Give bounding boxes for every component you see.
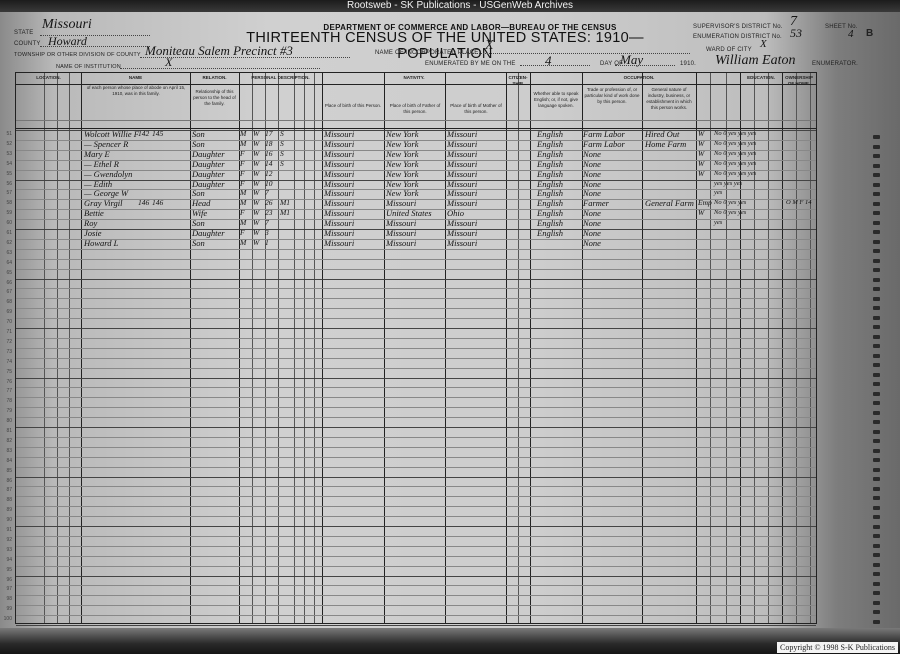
sheet-side: B <box>866 28 873 39</box>
watermark: Rootsweb - SK Publications - USGenWeb Ar… <box>340 0 580 11</box>
line-number: 98 <box>2 596 12 602</box>
census-title: THIRTEENTH CENSUS OF THE UNITED STATES: … <box>235 30 655 62</box>
line-number: 84 <box>2 458 12 464</box>
cell-language: English <box>537 139 563 149</box>
cell-language: English <box>537 188 563 198</box>
cell-mother-birth: Missouri <box>447 179 477 189</box>
line-number: 92 <box>2 537 12 543</box>
cell-father-birth: Missouri <box>386 218 416 228</box>
cell-trade: None <box>583 228 601 238</box>
cell-relation: Son <box>192 129 205 139</box>
census-scan: Rootsweb - SK Publications - USGenWeb Ar… <box>0 0 900 654</box>
cell-race: W <box>253 179 259 189</box>
col-nativity-mother: Place of birth of Mother of this person. <box>447 103 505 115</box>
line-number: 88 <box>2 497 12 503</box>
col-relation: RELATION. <box>190 75 239 81</box>
year-label: 1910. <box>680 61 696 67</box>
line-number: 73 <box>2 349 12 355</box>
line-number: 58 <box>2 200 12 206</box>
cell-sex: F <box>240 159 245 169</box>
line-number: 77 <box>2 388 12 394</box>
line-number: 99 <box>2 606 12 612</box>
sheet-value: 4 <box>848 28 854 40</box>
cell-mother-birth: Missouri <box>447 139 477 149</box>
cell-birth: Missouri <box>324 159 354 169</box>
cell-relation: Son <box>192 188 205 198</box>
cell-father-birth: Missouri <box>386 198 416 208</box>
line-number: 69 <box>2 309 12 315</box>
cell-family: 146 <box>152 198 163 208</box>
cell-relation: Son <box>192 238 205 248</box>
line-number: 62 <box>2 240 12 246</box>
cell-name: Wolcott Willie F <box>84 129 139 139</box>
cell-trade: None <box>583 159 601 169</box>
cell-name: — Edith <box>84 179 112 189</box>
cell-trade: None <box>583 188 601 198</box>
cell-age: 16 <box>265 149 273 159</box>
cell-name: Gray Virgil <box>84 198 122 208</box>
col-occupation: OCCUPATION. <box>582 75 696 81</box>
cell-trade: None <box>583 169 601 179</box>
cell-marital: S <box>280 159 284 169</box>
cell-language: English <box>537 159 563 169</box>
township-label: TOWNSHIP OR OTHER DIVISION OF COUNTY <box>14 52 141 58</box>
line-number: 97 <box>2 586 12 592</box>
cell-race: W <box>253 238 259 248</box>
cell-language: English <box>537 218 563 228</box>
cell-relation: Daughter <box>192 169 225 179</box>
county-label: COUNTY <box>14 41 41 47</box>
cell-family: 145 <box>152 129 163 139</box>
cell-marital: S <box>280 139 284 149</box>
line-number: 51 <box>2 131 12 137</box>
cell-language: English <box>537 228 563 238</box>
cell-emp: W <box>698 149 704 159</box>
cell-industry: Home Farm <box>645 139 686 149</box>
cell-race: W <box>253 159 259 169</box>
cell-race: W <box>253 218 259 228</box>
cell-sex: F <box>240 228 245 238</box>
line-number: 61 <box>2 230 12 236</box>
cell-emp: W <box>698 159 704 169</box>
cell-relation: Son <box>192 218 205 228</box>
cell-ed: No 0 yes yes yes <box>714 129 756 139</box>
cell-mother-birth: Missouri <box>447 218 477 228</box>
line-number: 96 <box>2 577 12 583</box>
cell-age: 3 <box>265 228 269 238</box>
line-number: 64 <box>2 260 12 266</box>
cell-name: Mary E <box>84 149 110 159</box>
cell-birth: Missouri <box>324 228 354 238</box>
cell-name: Roy <box>84 218 97 228</box>
cell-relation: Son <box>192 139 205 149</box>
cell-sex: M <box>240 198 246 208</box>
col-nativity: NATIVITY. <box>322 75 506 81</box>
cell-name: — George W <box>84 188 128 198</box>
cell-father-birth: New York <box>386 149 419 159</box>
cell-father-birth: New York <box>386 169 419 179</box>
top-banner: Rootsweb - SK Publications - USGenWeb Ar… <box>0 0 900 12</box>
cell-birth: Missouri <box>324 238 354 248</box>
cell-birth: Missouri <box>324 198 354 208</box>
cell-marital: S <box>280 149 284 159</box>
cell-ed: yes <box>714 188 722 198</box>
cell-mother-birth: Missouri <box>447 169 477 179</box>
line-number: 65 <box>2 270 12 276</box>
cell-mother-birth: Ohio <box>447 208 464 218</box>
cell-age: 26 <box>265 198 273 208</box>
cell-race: W <box>253 228 259 238</box>
cell-age: 17 <box>265 129 273 139</box>
col-personal-description: PERSONAL DESCRIPTION. <box>239 75 322 81</box>
line-number: 87 <box>2 487 12 493</box>
cell-age: 7 <box>265 188 269 198</box>
cell-race: W <box>253 188 259 198</box>
cell-sex: F <box>240 149 245 159</box>
cell-father-birth: Missouri <box>386 238 416 248</box>
cell-emp: W <box>698 129 704 139</box>
cell-age: 10 <box>265 179 273 189</box>
cell-emp: W <box>698 169 704 179</box>
cell-trade: None <box>583 179 601 189</box>
line-number: 55 <box>2 171 12 177</box>
cell-birth: Missouri <box>324 149 354 159</box>
line-number: 83 <box>2 448 12 454</box>
cell-birth: Missouri <box>324 188 354 198</box>
cell-language: English <box>537 129 563 139</box>
cell-age: 1 <box>265 238 269 248</box>
cell-mother-birth: Missouri <box>447 198 477 208</box>
cell-sex: M <box>240 188 246 198</box>
cell-father-birth: New York <box>386 159 419 169</box>
cell-race: W <box>253 149 259 159</box>
col-citizenship: CITIZEN-SHIP. <box>506 75 530 87</box>
cell-emp: Emp <box>698 198 712 208</box>
cell-ed: No 0 yes yes yes <box>714 139 756 149</box>
enumeration-label: ENUMERATION DISTRICT No. <box>693 34 782 40</box>
cell-language: English <box>537 208 563 218</box>
cell-relation: Daughter <box>192 228 225 238</box>
line-number: 60 <box>2 220 12 226</box>
cell-relation: Daughter <box>192 179 225 189</box>
cell-age: 12 <box>265 169 273 179</box>
line-number: 95 <box>2 567 12 573</box>
cell-ed: No 0 yes yes <box>714 208 746 218</box>
cell-birth: Missouri <box>324 169 354 179</box>
bottom-band: Copyright © 1998 S-K Publications <box>0 628 900 654</box>
state-label: STATE <box>14 30 33 36</box>
line-number: 54 <box>2 161 12 167</box>
line-number: 79 <box>2 408 12 414</box>
cell-race: W <box>253 169 259 179</box>
cell-name: — Spencer R <box>84 139 128 149</box>
line-number: 53 <box>2 151 12 157</box>
line-number: 93 <box>2 547 12 553</box>
enumeration-value: 53 <box>790 26 802 41</box>
col-industry: General nature of industry, business, or… <box>644 87 694 111</box>
cell-mother-birth: Missouri <box>447 159 477 169</box>
cell-race: W <box>253 139 259 149</box>
line-number: 81 <box>2 428 12 434</box>
cell-trade: None <box>583 149 601 159</box>
line-number: 80 <box>2 418 12 424</box>
line-number: 90 <box>2 517 12 523</box>
cell-sex: M <box>240 218 246 228</box>
cell-mother-birth: Missouri <box>447 188 477 198</box>
cell-relation: Wife <box>192 208 207 218</box>
cell-name: Howard L <box>84 238 118 248</box>
line-number: 71 <box>2 329 12 335</box>
col-name: NAME <box>81 75 190 81</box>
col-name-sub: of each person whose place of abode on A… <box>86 85 186 97</box>
cell-trade: None <box>583 208 601 218</box>
line-number: 67 <box>2 289 12 295</box>
state-value: Missouri <box>42 17 92 33</box>
col-education: EDUCATION. <box>740 75 782 81</box>
cell-father-birth: Missouri <box>386 228 416 238</box>
cell-name: — Ethel R <box>84 159 119 169</box>
cell-ed: yes yes yes <box>714 179 742 189</box>
line-number: 56 <box>2 181 12 187</box>
cell-relation: Daughter <box>192 159 225 169</box>
cell-sex: F <box>240 179 245 189</box>
line-number: 63 <box>2 250 12 256</box>
cell-own: O M F 14 <box>786 198 811 208</box>
cell-emp: W <box>698 208 704 218</box>
cell-ed: No 0 yes yes yes <box>714 169 756 179</box>
line-number: 91 <box>2 527 12 533</box>
col-ownership: OWNERSHIP OF HOME. <box>782 75 816 87</box>
line-number: 57 <box>2 190 12 196</box>
cell-ed: No 0 yes yes yes <box>714 159 756 169</box>
cell-language: English <box>537 149 563 159</box>
cell-sex: F <box>240 208 245 218</box>
cell-name: Bettie <box>84 208 104 218</box>
col-relation-sub: Relationship of this person to the head … <box>192 89 237 107</box>
cell-birth: Missouri <box>324 179 354 189</box>
cell-trade: Farmer <box>583 198 609 208</box>
cell-mother-birth: Missouri <box>447 149 477 159</box>
cell-race: W <box>253 129 259 139</box>
cell-mother-birth: Missouri <box>447 228 477 238</box>
cell-name: — Gwendolyn <box>84 169 132 179</box>
cell-age: 14 <box>265 159 273 169</box>
cell-marital: M1 <box>280 208 290 218</box>
col-nativity-person: Place of birth of this Person. <box>324 103 382 109</box>
supervisor-label: SUPERVISOR'S DISTRICT No. <box>693 24 783 30</box>
line-number: 59 <box>2 210 12 216</box>
cell-birth: Missouri <box>324 208 354 218</box>
enumerator-signature: William Eaton <box>715 53 796 69</box>
cell-relation: Daughter <box>192 149 225 159</box>
enumerated-day: 4 <box>545 53 552 69</box>
cell-trade: None <box>583 218 601 228</box>
col-location: LOCATION. <box>16 75 81 81</box>
cell-race: W <box>253 198 259 208</box>
line-number: 86 <box>2 478 12 484</box>
cell-sex: F <box>240 169 245 179</box>
cell-sex: M <box>240 129 246 139</box>
cell-sex: M <box>240 238 246 248</box>
line-number: 78 <box>2 398 12 404</box>
cell-industry: General Farm <box>645 198 694 208</box>
line-number: 76 <box>2 379 12 385</box>
cell-father-birth: New York <box>386 188 419 198</box>
cell-ed: No 0 yes yes yes <box>714 149 756 159</box>
cell-ed: yes <box>714 218 722 228</box>
cell-dwelling: 142 <box>138 129 149 139</box>
cell-relation: Head <box>192 198 210 208</box>
cell-age: 7 <box>265 218 269 228</box>
line-number: 70 <box>2 319 12 325</box>
cell-ed: No 0 yes yes <box>714 198 746 208</box>
line-number: 74 <box>2 359 12 365</box>
enumerator-label: ENUMERATOR. <box>812 61 858 67</box>
cell-birth: Missouri <box>324 139 354 149</box>
cell-mother-birth: Missouri <box>447 238 477 248</box>
ward-value: X <box>760 38 767 50</box>
cell-trade: Farm Labor <box>583 129 625 139</box>
col-nativity-father: Place of birth of Father of this person. <box>386 103 444 115</box>
line-number: 66 <box>2 280 12 286</box>
cell-language: English <box>537 198 563 208</box>
cell-name: Josie <box>84 228 101 238</box>
enumerated-label: ENUMERATED BY ME ON THE <box>425 61 516 67</box>
cell-birth: Missouri <box>324 129 354 139</box>
line-number: 68 <box>2 299 12 305</box>
cell-sex: M <box>240 139 246 149</box>
line-number: 94 <box>2 557 12 563</box>
cell-age: 23 <box>265 208 273 218</box>
cell-language: English <box>537 169 563 179</box>
cell-father-birth: New York <box>386 129 419 139</box>
cell-trade: None <box>583 238 601 248</box>
cell-marital: S <box>280 129 284 139</box>
col-language: Whether able to speak English; or, if no… <box>532 91 580 109</box>
line-number: 72 <box>2 339 12 345</box>
cell-race: W <box>253 208 259 218</box>
line-number: 75 <box>2 369 12 375</box>
cell-father-birth: New York <box>386 179 419 189</box>
cell-dwelling: 146 <box>138 198 149 208</box>
cell-father-birth: New York <box>386 139 419 149</box>
cell-industry: Hired Out <box>645 129 679 139</box>
cell-marital: M1 <box>280 198 290 208</box>
line-number: 100 <box>2 616 12 622</box>
incorporated-place-value: X <box>485 38 494 54</box>
cell-birth: Missouri <box>324 218 354 228</box>
line-number: 89 <box>2 507 12 513</box>
copyright-notice: Copyright © 1998 S-K Publications <box>777 642 898 653</box>
institution-label: NAME OF INSTITUTION <box>56 64 121 70</box>
line-number: 52 <box>2 141 12 147</box>
cell-trade: Farm Labor <box>583 139 625 149</box>
cell-father-birth: United States <box>386 208 432 218</box>
col-trade: Trade or profession of, or particular ki… <box>584 87 640 105</box>
line-number: 82 <box>2 438 12 444</box>
cell-language: English <box>537 179 563 189</box>
cell-age: 18 <box>265 139 273 149</box>
line-number: 85 <box>2 468 12 474</box>
cell-emp: W <box>698 139 704 149</box>
cell-mother-birth: Missouri <box>447 129 477 139</box>
